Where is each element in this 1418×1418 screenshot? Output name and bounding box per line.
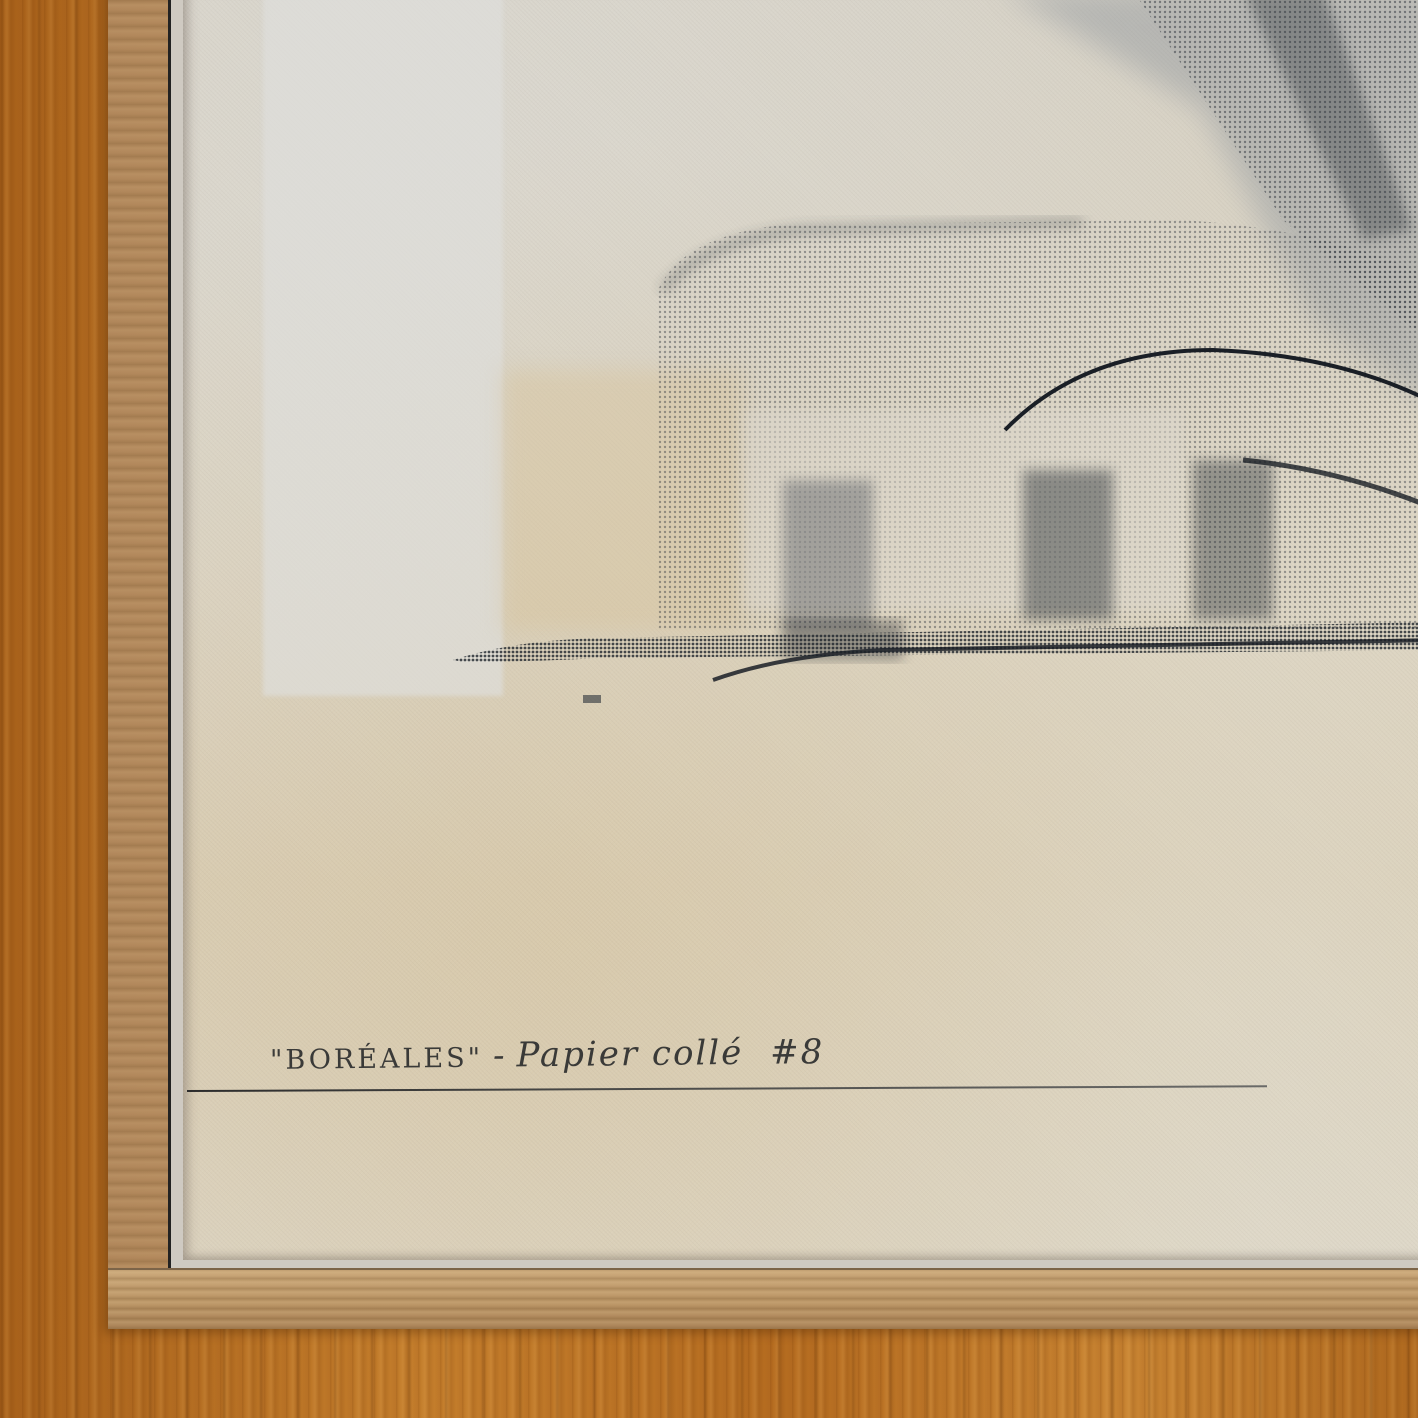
inscription-number: #8: [770, 1032, 825, 1073]
dome-transfer-shape: [453, 220, 1418, 703]
artwork-inscription: "BORÉALES"-Papier collé #8: [270, 1032, 825, 1078]
inscription-medium: Papier collé: [516, 1033, 743, 1075]
inscription-separator: -: [493, 1035, 507, 1075]
inscription-title: "BORÉALES": [270, 1043, 483, 1076]
oak-frame-bottom-rail: [108, 1268, 1418, 1329]
